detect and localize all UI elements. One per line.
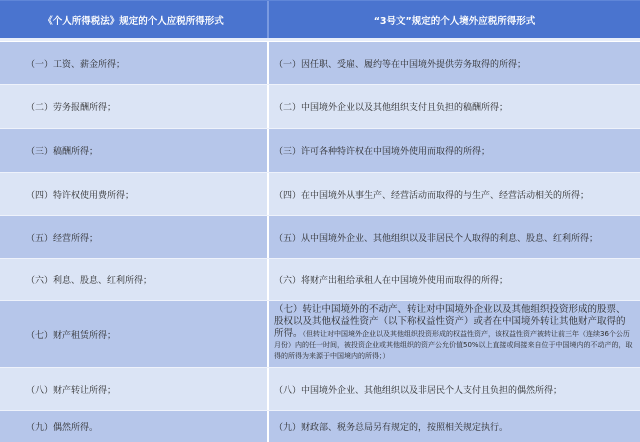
left-cell: （九）偶然所得。 [0, 411, 267, 442]
left-cell: （四）特许权使用费所得； [0, 173, 267, 215]
left-cell: （七）财产租赁所得； [0, 301, 267, 367]
right-cell: （二）中国境外企业以及其他组织支付且负担的稿酬所得； [267, 85, 640, 128]
right-cell: （三）许可各种特许权在中国境外使用而取得的所得； [267, 129, 640, 172]
right-cell: （一）因任职、受雇、履约等在中国境外提供劳务取得的所得； [267, 42, 640, 84]
right-cell: （五）从中国境外企业、其他组织以及非居民个人取得的利息、股息、红利所得； [267, 216, 640, 258]
table-row: （七）财产租赁所得； （七）转让中国境外的不动产、转让对中国境外企业以及其他组织… [0, 301, 640, 368]
left-cell: （一）工资、薪金所得； [0, 42, 267, 84]
left-cell: （六）利息、股息、红利所得； [0, 259, 267, 300]
table-row: （六）利息、股息、红利所得； （六）将财产出租给承租人在中国境外使用而取得的所得… [0, 259, 640, 301]
table-row: （五）经营所得； （五）从中国境外企业、其他组织以及非居民个人取得的利息、股息、… [0, 216, 640, 259]
table-row: （八）财产转让所得； （八）中国境外企业、其他组织以及非居民个人支付且负担的偶然… [0, 368, 640, 411]
table-row: （四）特许权使用费所得； （四）在中国境外从事生产、经营活动而取得的与生产、经营… [0, 173, 640, 216]
table-header: 《个人所得税法》规定的个人应税所得形式 “3号文”规定的个人境外应税所得形式 [0, 0, 640, 41]
right-cell: （九）财政部、税务总局另有规定的，按照相关规定执行。 [267, 411, 640, 442]
right-cell: （八）中国境外企业、其他组织以及非居民个人支付且负担的偶然所得； [267, 368, 640, 410]
left-cell: （二）劳务报酬所得； [0, 85, 267, 128]
right-cell: （七）转让中国境外的不动产、转让对中国境外企业以及其他组织投资形成的股票、股权以… [267, 301, 640, 367]
header-cell-notice-3: “3号文”规定的个人境外应税所得形式 [267, 1, 640, 38]
table-row: （一）工资、薪金所得； （一）因任职、受雇、履约等在中国境外提供劳务取得的所得； [0, 42, 640, 85]
right-cell: （六）将财产出租给承租人在中国境外使用而取得的所得； [267, 259, 640, 300]
right-cell: （四）在中国境外从事生产、经营活动而取得的与生产、经营活动相关的所得； [267, 173, 640, 215]
income-comparison-table: 《个人所得税法》规定的个人应税所得形式 “3号文”规定的个人境外应税所得形式 （… [0, 0, 640, 442]
table-row: （三）稿酬所得； （三）许可各种特许权在中国境外使用而取得的所得； [0, 129, 640, 173]
left-cell: （五）经营所得； [0, 216, 267, 258]
right-cell-note-text: （但转让对中国境外企业以及其他组织投资形成的权益性资产，该权益性资产被转让前三年… [274, 330, 633, 360]
left-cell: （三）稿酬所得； [0, 129, 267, 172]
left-cell: （八）财产转让所得； [0, 368, 267, 410]
header-cell-iit-law: 《个人所得税法》规定的个人应税所得形式 [0, 1, 267, 38]
table-row: （九）偶然所得。 （九）财政部、税务总局另有规定的，按照相关规定执行。 [0, 411, 640, 442]
table-row: （二）劳务报酬所得； （二）中国境外企业以及其他组织支付且负担的稿酬所得； [0, 85, 640, 129]
